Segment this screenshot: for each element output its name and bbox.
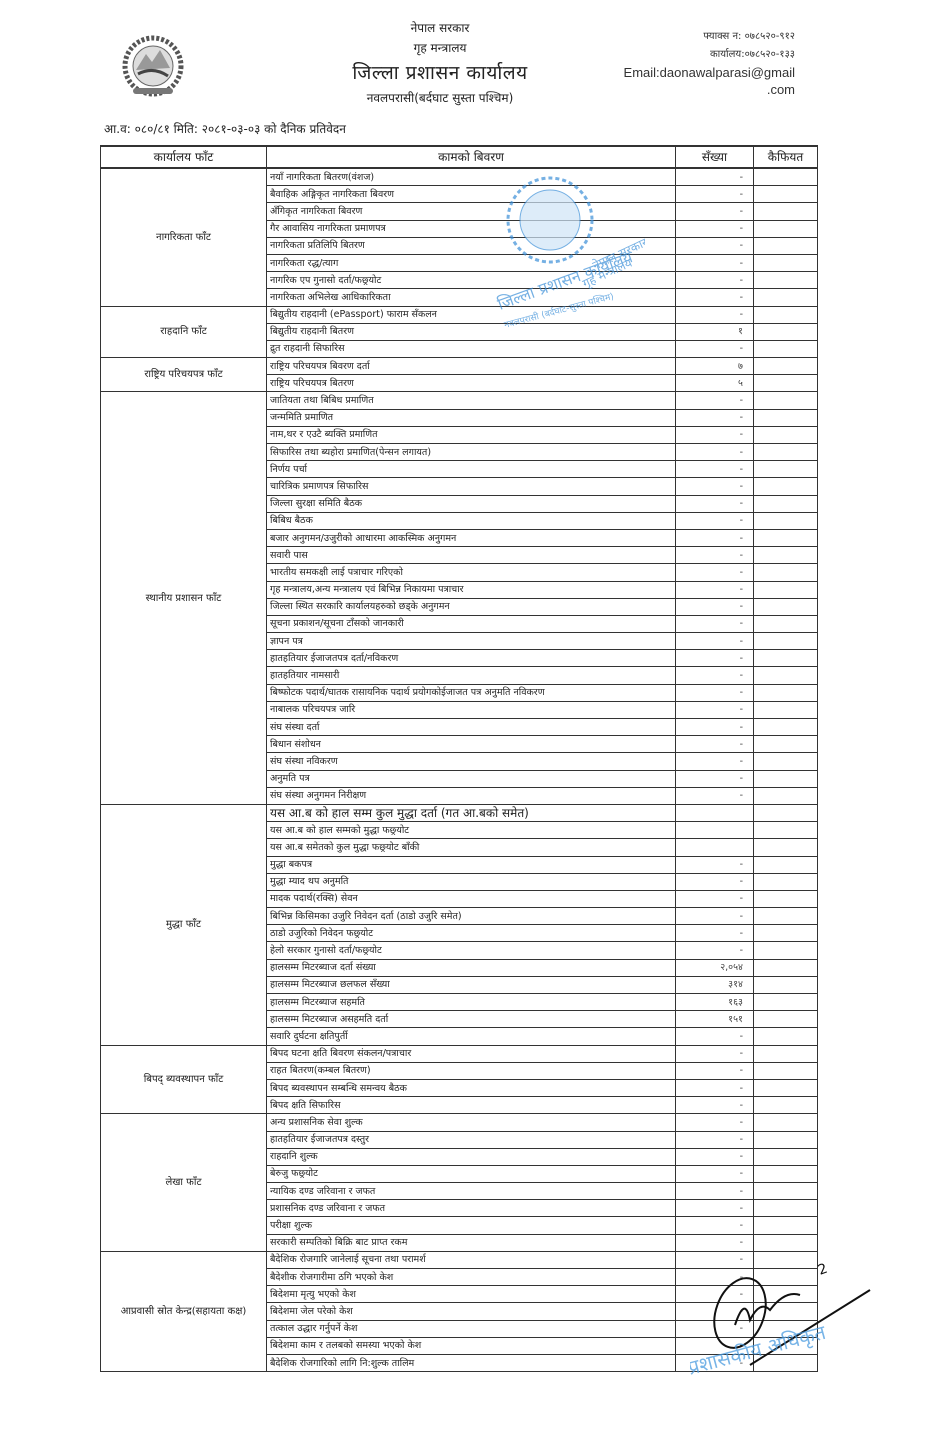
nepal-emblem-icon bbox=[118, 30, 188, 100]
remark-value bbox=[754, 168, 818, 186]
remark-value bbox=[754, 237, 818, 254]
remark-value bbox=[754, 650, 818, 667]
work-description: संघ संस्था दर्ता bbox=[267, 719, 676, 736]
count-value: - bbox=[676, 581, 754, 598]
work-description: राहत बितरण(कम्बल बितरण) bbox=[267, 1062, 676, 1079]
count-value: - bbox=[676, 667, 754, 684]
work-description: बिपद क्षति सिफारिस bbox=[267, 1097, 676, 1114]
work-description: ठाडो उजुरिको निवेदन फछ्र्योट bbox=[267, 925, 676, 942]
office-phone: कार्यालय:०७८५२०-१३३ bbox=[624, 46, 795, 64]
work-description: जिल्ला सुरक्षा समिति बैठक bbox=[267, 495, 676, 512]
count-value: - bbox=[676, 529, 754, 546]
count-value bbox=[676, 804, 754, 821]
count-value: - bbox=[676, 237, 754, 254]
remark-value bbox=[754, 375, 818, 392]
work-description: संघ संस्था अनुगमन निरीक्षण bbox=[267, 787, 676, 804]
work-description: अनुमति पत्र bbox=[267, 770, 676, 787]
remark-value bbox=[754, 1286, 818, 1303]
work-description: नागरिक एप गुनासो दर्ता/फछ्र्योट bbox=[267, 272, 676, 289]
remark-value bbox=[754, 1337, 818, 1354]
work-description: यस आ.ब समेतको कुल मुद्धा फछ्र्योट बाँकी bbox=[267, 839, 676, 856]
work-description: बैदेशिक रोजगारिको लागि नि:शुल्क तालिम bbox=[267, 1354, 676, 1371]
work-description: सरकारी सम्पतिको बिक्रि बाट प्राप्त रकम bbox=[267, 1234, 676, 1251]
remark-value bbox=[754, 1062, 818, 1079]
remark-value bbox=[754, 1165, 818, 1182]
remark-value bbox=[754, 633, 818, 650]
table-row: लेखा फाँटअन्य प्रशासनिक सेवा शुल्क- bbox=[101, 1114, 818, 1131]
work-description: हालसम्म मिटरब्याज छलफल सँख्या bbox=[267, 976, 676, 993]
table-row: राहदानि फाँटबिद्युतीय राहदानी (ePassport… bbox=[101, 306, 818, 323]
work-description: तत्काल उद्धार गर्नुपर्ने केश bbox=[267, 1320, 676, 1337]
work-description: सवारि दुर्घटना क्षतिपुर्ती bbox=[267, 1028, 676, 1045]
ministry-name: गृह मन्त्रालय bbox=[300, 38, 580, 58]
count-value: - bbox=[676, 1148, 754, 1165]
remark-value bbox=[754, 667, 818, 684]
remark-value bbox=[754, 272, 818, 289]
remark-value bbox=[754, 753, 818, 770]
email-line-2: .com bbox=[624, 81, 795, 98]
count-value: ७ bbox=[676, 358, 754, 375]
remark-value bbox=[754, 615, 818, 632]
remark-value bbox=[754, 701, 818, 718]
table-row: मुद्धा फाँटयस आ.ब को हाल सम्म कुल मुद्धा… bbox=[101, 804, 818, 821]
remark-value bbox=[754, 856, 818, 873]
government-name: नेपाल सरकार bbox=[300, 18, 580, 38]
remark-value bbox=[754, 495, 818, 512]
count-value: - bbox=[676, 1028, 754, 1045]
office-location: नवलपरासी(बर्दघाट सुस्ता पश्चिम) bbox=[300, 88, 580, 108]
work-description: मुद्धा म्याद थप अनुमति bbox=[267, 873, 676, 890]
count-value: - bbox=[676, 340, 754, 357]
work-description: गैर आवासिय नागरिकता प्रमाणपत्र bbox=[267, 220, 676, 237]
remark-value bbox=[754, 254, 818, 271]
count-value: - bbox=[676, 1303, 754, 1320]
work-description: अँगिकृत नागरिकता बिवरण bbox=[267, 203, 676, 220]
count-value: - bbox=[676, 1183, 754, 1200]
count-value: - bbox=[676, 1286, 754, 1303]
count-value: - bbox=[676, 461, 754, 478]
remark-value bbox=[754, 409, 818, 426]
section-name: राहदानि फाँट bbox=[101, 306, 267, 358]
count-value: ५ bbox=[676, 375, 754, 392]
work-description: सिफारिस तथा ब्यहोरा प्रमाणित(पेन्सन लगाय… bbox=[267, 444, 676, 461]
remark-value bbox=[754, 529, 818, 546]
remark-value bbox=[754, 1269, 818, 1286]
table-row: आप्रवासी स्रोत केन्द्र(सहायता कक्ष)बैदेश… bbox=[101, 1251, 818, 1268]
work-description: नागरिकता रद्ध/त्याग bbox=[267, 254, 676, 271]
work-description: राहदानि शुल्क bbox=[267, 1148, 676, 1165]
work-description: बिदेशमा काम र तलबको समस्या भएको केश bbox=[267, 1337, 676, 1354]
remark-value bbox=[754, 289, 818, 306]
work-description: मादक पदार्थ(रक्सि) सेवन bbox=[267, 890, 676, 907]
remark-value bbox=[754, 186, 818, 203]
work-description: बिदेशमा जेल परेको केश bbox=[267, 1303, 676, 1320]
work-description: जातियता तथा बिबिध प्रमाणित bbox=[267, 392, 676, 409]
work-description: द्रुत राहदानी सिफारिस bbox=[267, 340, 676, 357]
remark-value bbox=[754, 1234, 818, 1251]
remark-value bbox=[754, 719, 818, 736]
count-value: - bbox=[676, 1062, 754, 1079]
work-description: बिपद घटना क्षति बिवरण संकलन/पत्राचार bbox=[267, 1045, 676, 1062]
table-row: नागरिकता फाँटनयाँ नागरिकता बितरण(वंशज)- bbox=[101, 168, 818, 186]
work-description: बैदेशीक रोजगारीमा ठगि भएको केश bbox=[267, 1269, 676, 1286]
remark-value bbox=[754, 392, 818, 409]
count-value: - bbox=[676, 306, 754, 323]
work-description: नयाँ नागरिकता बितरण(वंशज) bbox=[267, 168, 676, 186]
count-value: १५१ bbox=[676, 1011, 754, 1028]
report-title: आ.व: ०८०/८१ मिति: २०८१-०३-०३ को दैनिक प्… bbox=[104, 120, 346, 137]
remark-value bbox=[754, 925, 818, 942]
section-name: आप्रवासी स्रोत केन्द्र(सहायता कक्ष) bbox=[101, 1251, 267, 1371]
work-description: हेलो सरकार गुनासो दर्ता/फछ्र्योट bbox=[267, 942, 676, 959]
work-description: हालसम्म मिटरब्याज दर्ता संख्या bbox=[267, 959, 676, 976]
remark-value bbox=[754, 547, 818, 564]
count-value: - bbox=[676, 650, 754, 667]
count-value: - bbox=[676, 186, 754, 203]
count-value: - bbox=[676, 409, 754, 426]
table-row: राष्ट्रिय परिचयपत्र फाँटराष्ट्रिय परिचयप… bbox=[101, 358, 818, 375]
count-value: - bbox=[676, 1114, 754, 1131]
work-description: हातहतियार नामसारी bbox=[267, 667, 676, 684]
column-header-description: कामको बिवरण bbox=[267, 146, 676, 168]
remark-value bbox=[754, 1131, 818, 1148]
count-value: - bbox=[676, 598, 754, 615]
remark-value bbox=[754, 1183, 818, 1200]
remark-value bbox=[754, 1200, 818, 1217]
count-value: - bbox=[676, 168, 754, 186]
section-name: स्थानीय प्रशासन फाँट bbox=[101, 392, 267, 805]
count-value: - bbox=[676, 220, 754, 237]
column-header-count: सँख्या bbox=[676, 146, 754, 168]
section-name: लेखा फाँट bbox=[101, 1114, 267, 1252]
work-description: बिदेशमा मृत्यु भएको केश bbox=[267, 1286, 676, 1303]
remark-value bbox=[754, 1028, 818, 1045]
work-description: न्यायिक दण्ड जरिवाना र जफत bbox=[267, 1183, 676, 1200]
work-description: हालसम्म मिटरब्याज असहमति दर्ता bbox=[267, 1011, 676, 1028]
work-description: भारतीय समकक्षी लाई पत्राचार गरिएको bbox=[267, 564, 676, 581]
work-description: जिल्ला स्थित सरकारि कार्यालयहरुको छड्के … bbox=[267, 598, 676, 615]
work-description: यस आ.ब को हाल सम्म कुल मुद्धा दर्ता (गत … bbox=[267, 804, 676, 821]
remark-value bbox=[754, 890, 818, 907]
remark-value bbox=[754, 908, 818, 925]
work-description: नाबालक परिचयपत्र जारि bbox=[267, 701, 676, 718]
remark-value bbox=[754, 1011, 818, 1028]
section-name: मुद्धा फाँट bbox=[101, 804, 267, 1045]
remark-value bbox=[754, 787, 818, 804]
count-value: - bbox=[676, 1251, 754, 1268]
count-value bbox=[676, 839, 754, 856]
count-value: - bbox=[676, 787, 754, 804]
count-value: - bbox=[676, 495, 754, 512]
column-header-section: कार्यालय फाँट bbox=[101, 146, 267, 168]
remark-value bbox=[754, 736, 818, 753]
count-value: १६३ bbox=[676, 994, 754, 1011]
work-description: नागरिकता अभिलेख आधिकारिकता bbox=[267, 289, 676, 306]
work-description: सवारी पास bbox=[267, 547, 676, 564]
work-description: बिद्युतीय राहदानी (ePassport) फाराम सँकल… bbox=[267, 306, 676, 323]
work-description: जन्ममिति प्रमाणित bbox=[267, 409, 676, 426]
work-description: अन्य प्रशासनिक सेवा शुल्क bbox=[267, 1114, 676, 1131]
remark-value bbox=[754, 1114, 818, 1131]
remark-value bbox=[754, 340, 818, 357]
work-description: हातहतियार ईजाजतपत्र दर्ता/नविकरण bbox=[267, 650, 676, 667]
work-description: बैदेशिक रोजगारि जानेलाई सूचना तथा परामर्… bbox=[267, 1251, 676, 1268]
table-header-row: कार्यालय फाँट कामको बिवरण सँख्या कैफियत bbox=[101, 146, 818, 168]
count-value: - bbox=[676, 1234, 754, 1251]
work-description: बिष्फोटक पदार्थ/घातक रासायनिक पदार्थ प्र… bbox=[267, 684, 676, 701]
count-value: - bbox=[676, 564, 754, 581]
work-description: नागरिकता प्रतिलिपि बितरण bbox=[267, 237, 676, 254]
remark-value bbox=[754, 1354, 818, 1371]
count-value: - bbox=[676, 925, 754, 942]
remark-value bbox=[754, 306, 818, 323]
remark-value bbox=[754, 444, 818, 461]
count-value: - bbox=[676, 1045, 754, 1062]
count-value: - bbox=[676, 272, 754, 289]
count-value: - bbox=[676, 753, 754, 770]
work-description: ज्ञापन पत्र bbox=[267, 633, 676, 650]
count-value: २,०५४ bbox=[676, 959, 754, 976]
count-value: - bbox=[676, 1269, 754, 1286]
count-value bbox=[676, 822, 754, 839]
work-description: बिभिन्न किसिमका उजुरि निवेदन दर्ता (ठाडो… bbox=[267, 908, 676, 925]
remark-value bbox=[754, 1097, 818, 1114]
remark-value bbox=[754, 1303, 818, 1320]
remark-value bbox=[754, 822, 818, 839]
remark-value bbox=[754, 770, 818, 787]
office-header: नेपाल सरकार गृह मन्त्रालय जिल्ला प्रशासन… bbox=[300, 18, 580, 108]
count-value: - bbox=[676, 701, 754, 718]
work-description: बिद्युतीय राहदानी बितरण bbox=[267, 323, 676, 340]
count-value: - bbox=[676, 1354, 754, 1371]
work-description: सूचना प्रकाशन/सूचना टाँसको जानकारी bbox=[267, 615, 676, 632]
remark-value bbox=[754, 959, 818, 976]
remark-value bbox=[754, 976, 818, 993]
remark-value bbox=[754, 426, 818, 443]
count-value: - bbox=[676, 478, 754, 495]
count-value: - bbox=[676, 615, 754, 632]
remark-value bbox=[754, 1045, 818, 1062]
count-value: - bbox=[676, 289, 754, 306]
count-value: - bbox=[676, 1097, 754, 1114]
remark-value bbox=[754, 461, 818, 478]
fax-number: फ्याक्स न: ०७८५२०-९१२ bbox=[624, 28, 795, 46]
count-value: - bbox=[676, 1165, 754, 1182]
count-value: - bbox=[676, 426, 754, 443]
remark-value bbox=[754, 1079, 818, 1096]
work-description: नाम,थर र एउटै ब्यक्ति प्रमाणित bbox=[267, 426, 676, 443]
work-description: यस आ.ब को हाल सम्मको मुद्धा फछ्र्योट bbox=[267, 822, 676, 839]
count-value: - bbox=[676, 770, 754, 787]
count-value: - bbox=[676, 547, 754, 564]
count-value: - bbox=[676, 392, 754, 409]
work-description: बैवाहिक अङ्गिकृत नागरिकता बिवरण bbox=[267, 186, 676, 203]
count-value: - bbox=[676, 890, 754, 907]
count-value: - bbox=[676, 942, 754, 959]
count-value: - bbox=[676, 1079, 754, 1096]
count-value: - bbox=[676, 633, 754, 650]
section-name: राष्ट्रिय परिचयपत्र फाँट bbox=[101, 358, 267, 392]
count-value: - bbox=[676, 736, 754, 753]
table-body: नागरिकता फाँटनयाँ नागरिकता बितरण(वंशज)-ब… bbox=[101, 168, 818, 1372]
count-value: - bbox=[676, 908, 754, 925]
remark-value bbox=[754, 358, 818, 375]
remark-value bbox=[754, 581, 818, 598]
work-description: बिपद ब्यवस्थापन सम्बन्धि समन्वय बैठक bbox=[267, 1079, 676, 1096]
count-value: - bbox=[676, 1217, 754, 1234]
daily-report-table: कार्यालय फाँट कामको बिवरण सँख्या कैफियत … bbox=[100, 145, 818, 1372]
count-value: - bbox=[676, 1337, 754, 1354]
email-line-1: Email:daonawalparasi@gmail bbox=[624, 64, 795, 81]
work-description: चारित्रिक प्रमाणपत्र सिफारिस bbox=[267, 478, 676, 495]
count-value: - bbox=[676, 254, 754, 271]
remark-value bbox=[754, 1217, 818, 1234]
section-name: नागरिकता फाँट bbox=[101, 168, 267, 306]
remark-value bbox=[754, 804, 818, 821]
count-value: - bbox=[676, 873, 754, 890]
work-description: हालसम्म मिटरब्याज सहमति bbox=[267, 994, 676, 1011]
count-value: - bbox=[676, 1200, 754, 1217]
count-value: १ bbox=[676, 323, 754, 340]
remark-value bbox=[754, 478, 818, 495]
count-value: ३१४ bbox=[676, 976, 754, 993]
remark-value bbox=[754, 323, 818, 340]
section-name: बिपद् ब्यवस्थापन फाँट bbox=[101, 1045, 267, 1114]
work-description: हातहतियार ईजाजतपत्र दस्तुर bbox=[267, 1131, 676, 1148]
remark-value bbox=[754, 1320, 818, 1337]
work-description: संघ संस्था नविकरण bbox=[267, 753, 676, 770]
work-description: मुद्धा बकपत्र bbox=[267, 856, 676, 873]
table-row: स्थानीय प्रशासन फाँटजातियता तथा बिबिध प्… bbox=[101, 392, 818, 409]
work-description: गृह मन्त्रालय,अन्य मन्त्रालय एवं बिभिन्न… bbox=[267, 581, 676, 598]
work-description: निर्णय पर्चा bbox=[267, 461, 676, 478]
remark-value bbox=[754, 1251, 818, 1268]
count-value: - bbox=[676, 203, 754, 220]
table-row: बिपद् ब्यवस्थापन फाँटबिपद घटना क्षति बिव… bbox=[101, 1045, 818, 1062]
contact-info: फ्याक्स न: ०७८५२०-९१२ कार्यालय:०७८५२०-१३… bbox=[624, 28, 795, 98]
remark-value bbox=[754, 512, 818, 529]
work-description: राष्ट्रिय परिचयपत्र बिवरण दर्ता bbox=[267, 358, 676, 375]
office-name: जिल्ला प्रशासन कार्यालय bbox=[300, 58, 580, 88]
count-value: - bbox=[676, 1131, 754, 1148]
remark-value bbox=[754, 994, 818, 1011]
remark-value bbox=[754, 942, 818, 959]
remark-value bbox=[754, 684, 818, 701]
work-description: बेरुजु फछ्र्योट bbox=[267, 1165, 676, 1182]
remark-value bbox=[754, 1148, 818, 1165]
count-value: - bbox=[676, 684, 754, 701]
work-description: प्रशासनिक दण्ड जरिवाना र जफत bbox=[267, 1200, 676, 1217]
remark-value bbox=[754, 564, 818, 581]
remark-value bbox=[754, 220, 818, 237]
remark-value bbox=[754, 203, 818, 220]
work-description: बिधान संशोधन bbox=[267, 736, 676, 753]
remark-value bbox=[754, 598, 818, 615]
count-value: - bbox=[676, 512, 754, 529]
column-header-remarks: कैफियत bbox=[754, 146, 818, 168]
work-description: परीक्षा शुल्क bbox=[267, 1217, 676, 1234]
work-description: बजार अनुगमन/उजुरीको आधारमा आकस्मिक अनुगम… bbox=[267, 529, 676, 546]
work-description: राष्ट्रिय परिचयपत्र बितरण bbox=[267, 375, 676, 392]
work-description: बिबिध बैठक bbox=[267, 512, 676, 529]
count-value: - bbox=[676, 856, 754, 873]
count-value: - bbox=[676, 444, 754, 461]
count-value: - bbox=[676, 1320, 754, 1337]
remark-value bbox=[754, 839, 818, 856]
remark-value bbox=[754, 873, 818, 890]
count-value: - bbox=[676, 719, 754, 736]
